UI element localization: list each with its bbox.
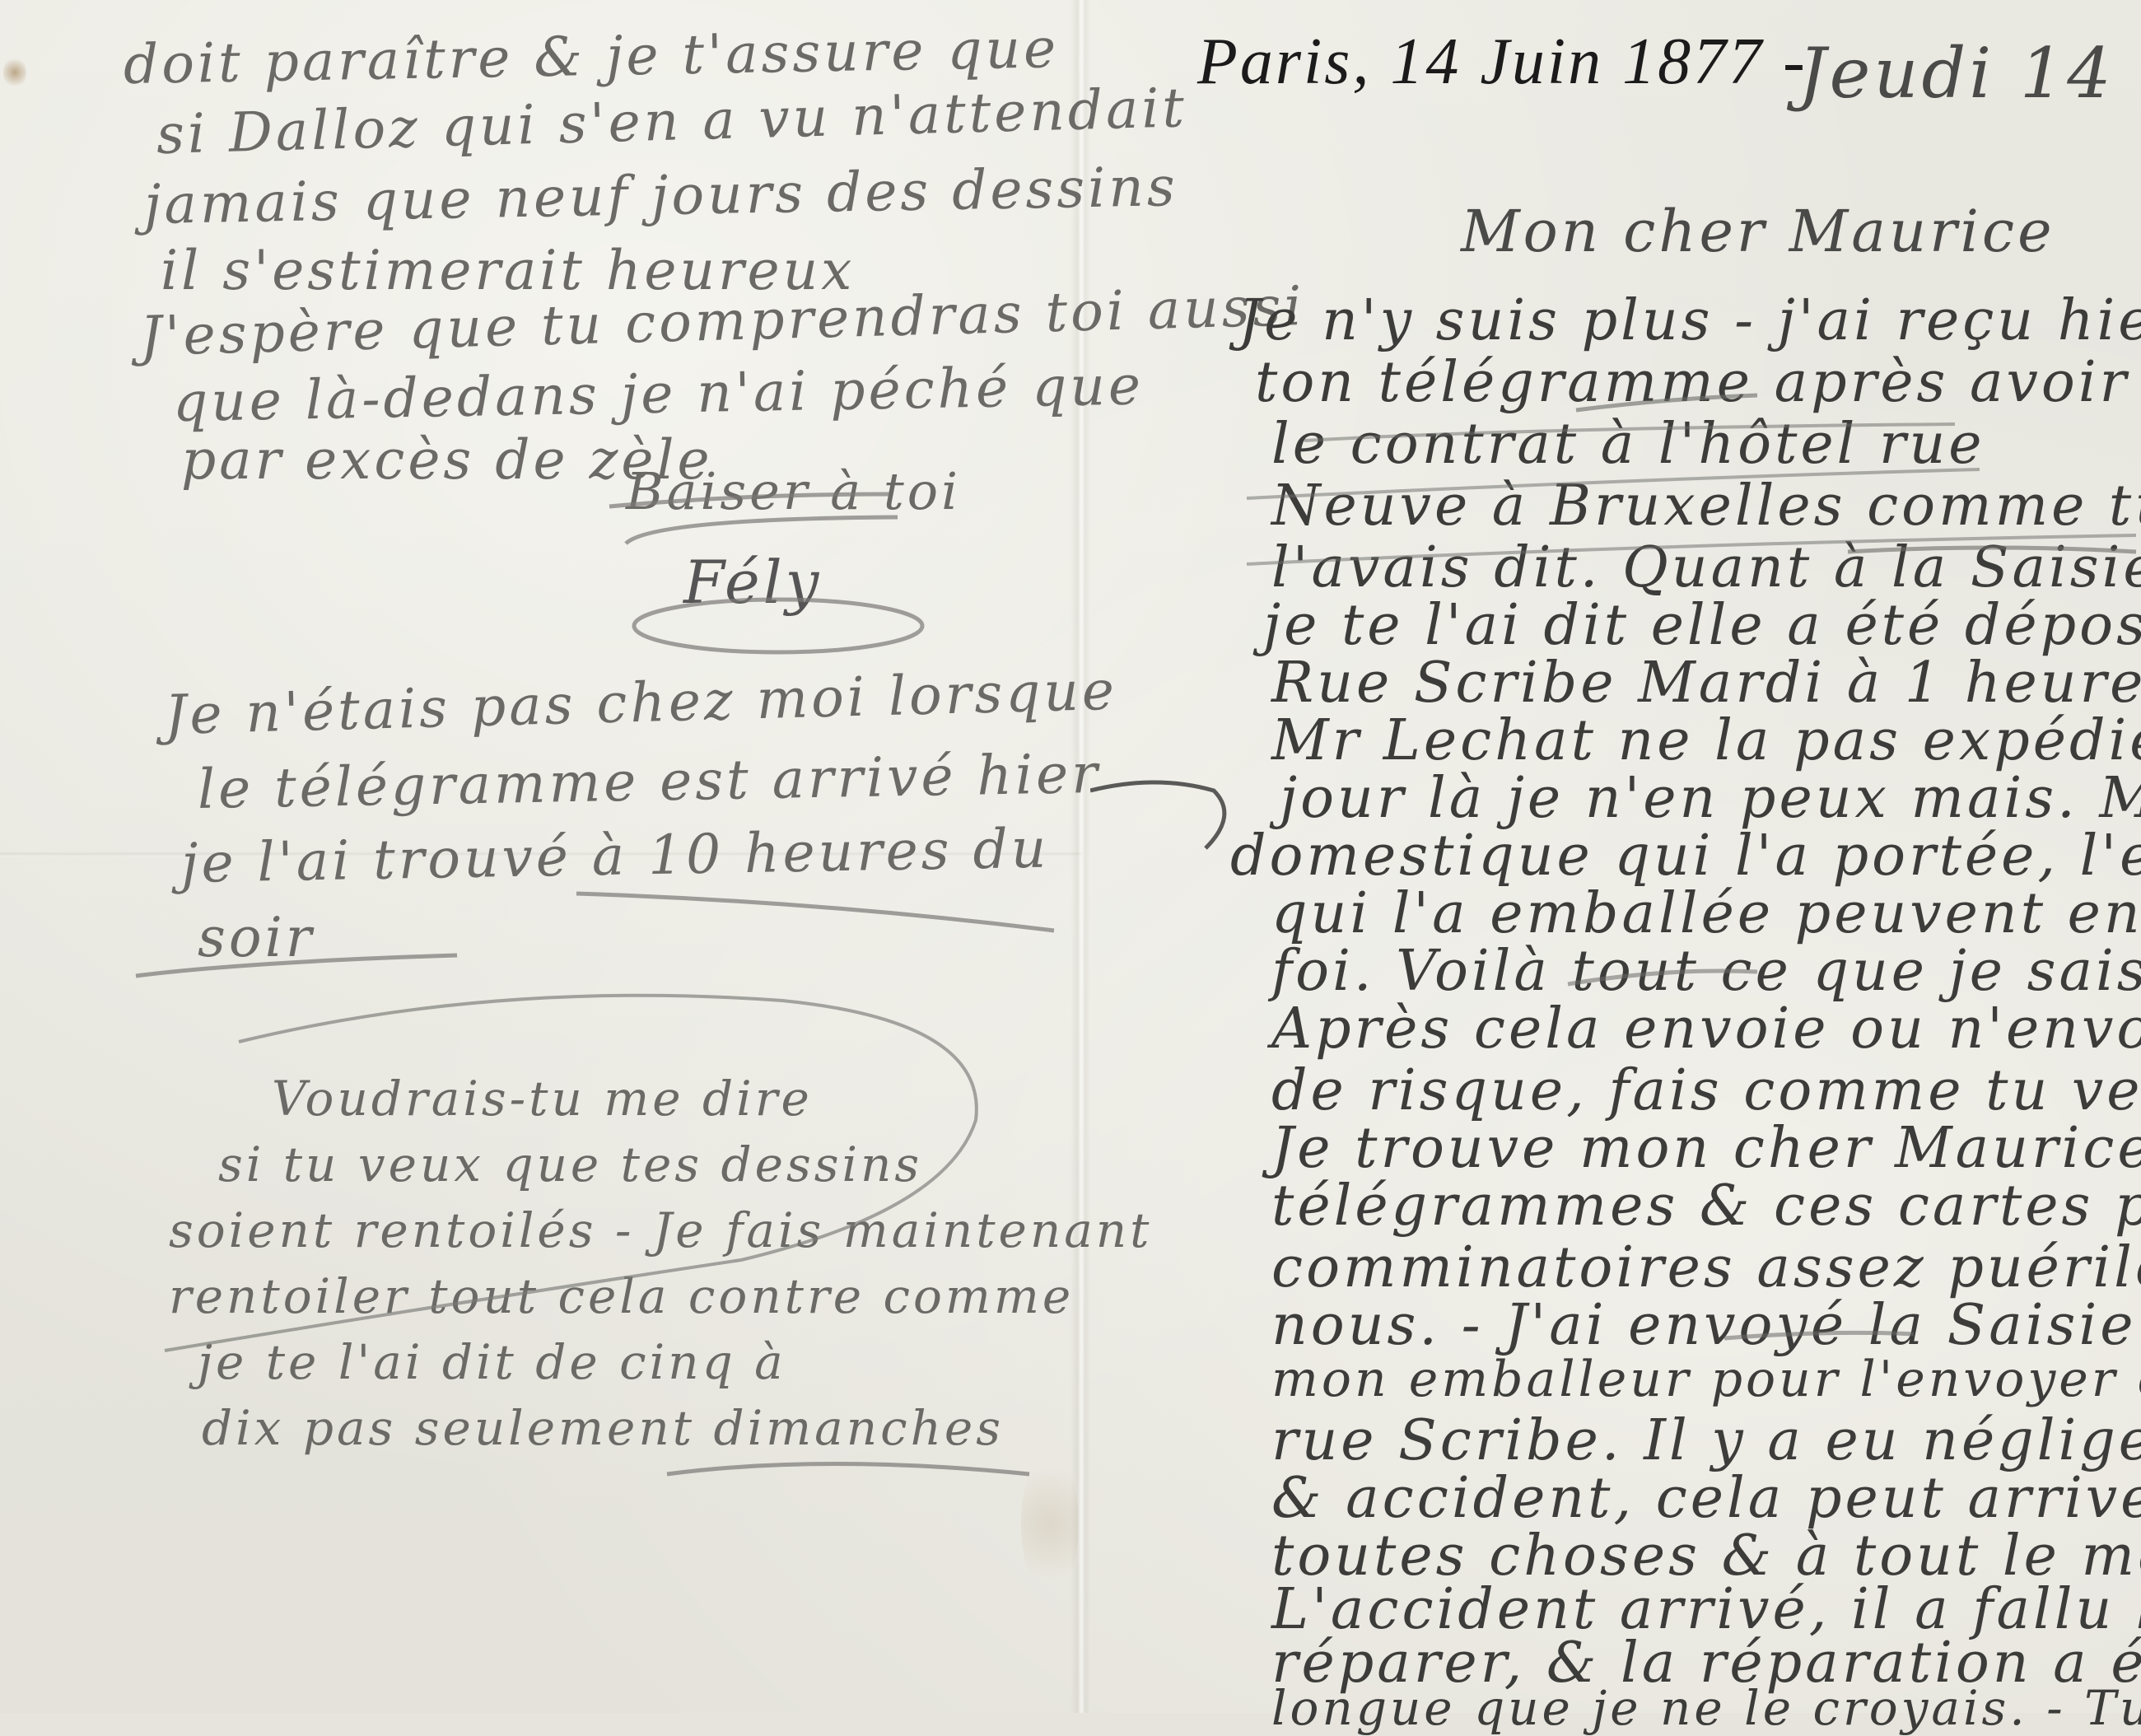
salutation: Mon cher Maurice xyxy=(1461,198,2055,265)
text-line: Rue Scribe Mardi à 1 heure si xyxy=(1271,651,2141,716)
text-line: Mr Lechat ne la pas expédiée ce xyxy=(1271,708,2141,773)
closing: Baiser à toi xyxy=(626,461,961,521)
text-line: de risque, fais comme tu veux. xyxy=(1271,1058,2141,1123)
text-line: soir xyxy=(198,906,315,969)
left-page: doit paraître & je t'assure que si Dallo… xyxy=(0,0,1070,1713)
text-line: Après cela envoie ou n'envoie pas xyxy=(1271,996,2141,1062)
text-line: soient rentoilés - Je fais maintenant xyxy=(169,1202,1152,1258)
text-line: nous. - J'ai envoyé la Saisie à xyxy=(1271,1293,2141,1358)
text-line: & accident, cela peut arriver à xyxy=(1271,1466,2141,1531)
text-line: domestique qui l'a portée, l'emballeur xyxy=(1230,824,2141,889)
letter-scan: doit paraître & je t'assure que si Dallo… xyxy=(0,0,2141,1713)
signature: Fély xyxy=(683,548,822,617)
text-line: l'avais dit. Quant à la Saisie xyxy=(1271,535,2141,600)
text-line: foi. Voilà tout ce que je sais. - xyxy=(1271,939,2141,1004)
text-line: je l'ai trouvé à 10 heures du xyxy=(180,817,1050,895)
text-line: qui l'a emballée peuvent en faire xyxy=(1271,881,2141,946)
text-line: je te l'ai dit elle a été déposée 1 xyxy=(1263,593,2141,658)
text-line: Neuve à Bruxelles comme tu me xyxy=(1271,474,2141,539)
text-line: jamais que neuf jours des dessins xyxy=(143,155,1178,236)
text-line: si tu veux que tes dessins xyxy=(218,1136,922,1192)
text-line: mon emballeur pour l'envoyer emballée xyxy=(1271,1351,2141,1408)
text-line: comminatoires assez puériles entre xyxy=(1271,1235,2141,1300)
text-line: Je trouve mon cher Maurice ces xyxy=(1271,1116,2141,1181)
text-line: rue Scribe. Il y a eu négligence xyxy=(1271,1408,2141,1473)
dateline: Paris, 14 Juin 1877 - xyxy=(1197,25,1807,100)
text-line: que là-dedans je n'ai péché que xyxy=(172,353,1144,434)
text-line: le contrat à l'hôtel rue xyxy=(1271,412,1985,477)
text-line: rentoiler tout cela contre comme xyxy=(169,1268,1074,1324)
text-line: je te l'ai dit de cinq à xyxy=(198,1334,786,1390)
text-line: Voudrais-tu me dire xyxy=(272,1071,813,1127)
text-line: télégrammes & ces cartes postales xyxy=(1271,1174,2141,1239)
text-line: dix pas seulement dimanches xyxy=(202,1400,1004,1456)
right-page: Paris, 14 Juin 1877 - Jeudi 14 Mon cher … xyxy=(1090,0,2141,1713)
text-line: Je n'étais pas chez moi lorsque xyxy=(164,659,1118,747)
text-line: Je n'y suis plus - j'ai reçu hier xyxy=(1238,288,2141,353)
text-line: le télégramme est arrivé hier xyxy=(197,742,1101,821)
day: Jeudi 14 xyxy=(1798,33,2115,114)
text-line: jour là je n'en peux mais. Mon xyxy=(1280,766,2141,831)
center-fold xyxy=(1070,0,1090,1713)
text-line: ton télégramme après avoir expédié xyxy=(1255,350,2141,415)
text-line: longue que je ne le croyais. - Tu ne xyxy=(1271,1680,2141,1713)
